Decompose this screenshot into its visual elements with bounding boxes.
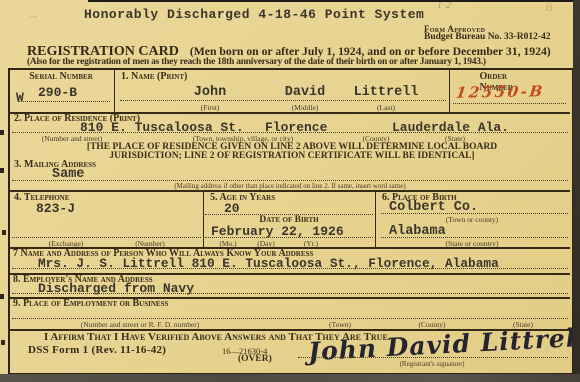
- column-divider: [449, 68, 450, 112]
- order-number-line: [453, 103, 566, 104]
- card-subtitle: (Also for the registration of men as the…: [27, 57, 486, 67]
- day-caption: (Day): [257, 239, 275, 248]
- employment-line: [12, 318, 568, 319]
- birthplace-state-line: [381, 237, 568, 238]
- state-or-country-caption: (State or country): [446, 239, 499, 248]
- row-divider: [8, 190, 570, 192]
- column-divider: [114, 68, 115, 112]
- over-label: (OVER): [238, 354, 272, 364]
- pencil-smudge: ~: [30, 10, 38, 26]
- card-paper: Honorably Discharged 4-18-46 Point Syste…: [0, 0, 574, 374]
- number-caption: (Number): [135, 239, 165, 248]
- serial-number-value: 290-B: [38, 85, 77, 100]
- birthplace-town-line: [381, 213, 568, 214]
- middle-name-value: David: [285, 85, 326, 100]
- employment-town-caption: (Town): [329, 320, 351, 329]
- employment-street-caption: (Number and street or R. F. D. number): [81, 320, 200, 329]
- scanned-registration-card: Honorably Discharged 4-18-46 Point Syste…: [0, 0, 580, 382]
- scan-edge-artifacts: [0, 130, 4, 135]
- contact-line: [12, 268, 568, 269]
- serial-number-line: [18, 101, 110, 102]
- column-divider: [203, 190, 204, 247]
- budget-bureau-number: Budget Bureau No. 33-R012-42: [424, 32, 551, 42]
- scan-top-edge: [88, 0, 580, 2]
- serial-number-label: Serial Number: [29, 71, 93, 82]
- name-field-label: 1. Name (Print): [121, 71, 187, 82]
- age-label: 5. Age in Years: [210, 192, 275, 203]
- column-divider: [375, 190, 376, 247]
- name-line: [120, 100, 446, 101]
- faded-mark: B: [545, 0, 552, 15]
- employer-line: [12, 293, 568, 294]
- mailing-address-caption: (Mailing address if other than place ind…: [174, 182, 405, 190]
- scan-bottom-edge: [0, 374, 580, 382]
- signature-line: [298, 357, 568, 358]
- middle-name-caption: (Middle): [292, 103, 319, 112]
- last-name-value: Littrell: [354, 85, 419, 100]
- serial-number-prefix: W: [16, 90, 24, 105]
- order-number-value: 12550-B: [455, 82, 546, 102]
- typed-discharge-annotation: Honorably Discharged 4-18-46 Point Syste…: [84, 7, 424, 22]
- exchange-caption: (Exchange): [49, 239, 84, 248]
- form-number: DSS Form 1 (Rev. 11-16-42): [28, 344, 166, 356]
- first-name-value: John: [194, 85, 226, 100]
- town-or-county-caption: (Town or county): [446, 215, 498, 224]
- jurisdiction-note-line2: JURISDICTION; LINE 2 OF REGISTRATION CER…: [109, 151, 474, 161]
- telephone-value: 823-J: [36, 201, 75, 216]
- dob-line: [205, 237, 373, 238]
- year-caption: (Yr.): [304, 239, 318, 248]
- telephone-line: [12, 237, 201, 238]
- registrant-signature-caption: (Registrant's signature): [400, 360, 465, 368]
- employment-county-caption: (County): [418, 320, 445, 329]
- last-name-caption: (Last): [377, 103, 395, 112]
- employment-label: 9. Place of Employment or Business: [13, 298, 168, 309]
- residence-line: [12, 132, 568, 133]
- scan-right-edge: [573, 0, 580, 382]
- mailing-address-line: [12, 180, 568, 181]
- month-caption: (Mo.): [219, 239, 236, 248]
- first-name-caption: (First): [201, 103, 220, 112]
